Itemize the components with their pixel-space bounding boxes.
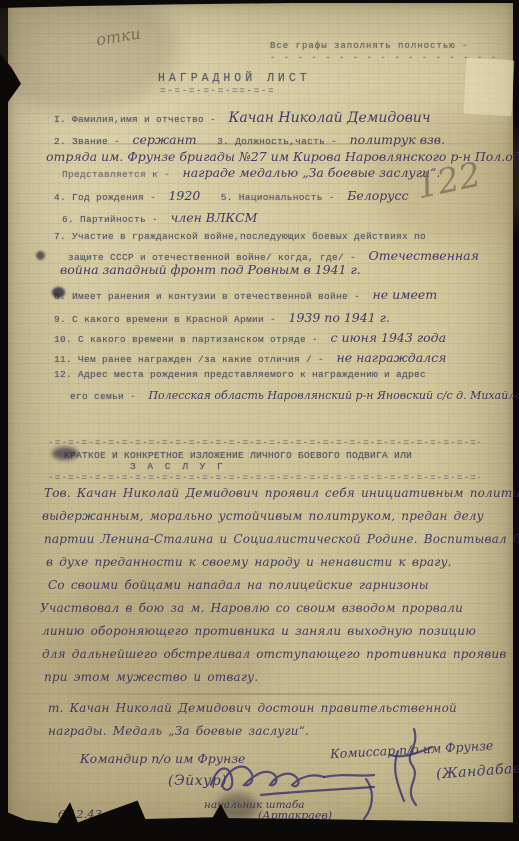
feat-body-line: награды. Медаль „За боевые заслуги“. <box>48 724 309 738</box>
commissar-name: (Жандабаев) <box>436 760 519 783</box>
ink-mark <box>36 251 45 260</box>
fill-instruction: Все графы заполнять полностью - <box>270 41 468 51</box>
scan-background: отки Все графы заполнять полностью - - -… <box>0 0 519 841</box>
field-address-line-2: его семьи - Полесская область Наровлянск… <box>70 386 519 404</box>
feat-body-line: линию обороняющего противника и заняли в… <box>42 624 476 638</box>
fold-crease <box>8 693 513 695</box>
feat-body-line: выдержанным, морально устойчивым политру… <box>42 509 484 523</box>
field-name-label: I. Фамилия,имя и отчество - <box>54 114 216 125</box>
field-nationality-label: 5. Национальность - <box>221 192 335 203</box>
feat-body-line: партии Ленина-Сталина и Социалистической… <box>44 532 519 546</box>
field-rank-label: 2. Звание - <box>54 136 120 147</box>
field-birthyear-value: 1920 <box>168 188 200 203</box>
section-separator-bottom: -=-=-=-=-=-=-=-=-=-=-=-=-=-=-=-=-=-=-=-=… <box>48 472 480 483</box>
document-paper: отки Все графы заполнять полностью - - -… <box>8 3 513 831</box>
feat-body-line: для дальнейшего обстреливал отступающего… <box>42 647 507 661</box>
field-address-value: Полесская область Наровлянский р-н Яновс… <box>148 389 519 402</box>
feat-body-line: т. Качан Николай Демидович достоин прави… <box>48 701 457 715</box>
field-birth-nationality-line: 4. Год рождения - 1920 5. Национальность… <box>54 187 409 205</box>
field-prev-awards-label: 11. Чем ранее награжден /за какие отличи… <box>54 354 324 365</box>
field-party-label: 6. Партийность - <box>62 214 158 225</box>
field-partisan-value: с июня 1943 года <box>331 330 447 345</box>
ink-blot <box>52 447 78 460</box>
field-address-label-2: его семьи - <box>70 391 136 402</box>
field-rank-position-line: 2. Звание - сержант 3. Должность,часть -… <box>54 131 445 149</box>
document-title: НАГРАДНОЙ ЛИСТ <box>158 72 311 85</box>
feat-body-line: Со своими бойцами нападал на полицейские… <box>48 578 429 592</box>
field-warservice-value-1: Отечественная <box>369 248 479 263</box>
field-presented-line: Представляется к - награде медалью „За б… <box>62 164 440 182</box>
field-wounds-line: 8. Имеет ранения и контузии в отечествен… <box>54 286 437 304</box>
field-name-line: I. Фамилия,имя и отчество - Качан Никола… <box>54 109 431 127</box>
feat-body-line: в духе преданности к своему народу и нен… <box>46 555 452 569</box>
feat-body-line: Участвовал в бою за м. Наровлю со своим … <box>40 601 463 615</box>
field-partisan-line: 10. С какого времени в партизанском отря… <box>54 329 446 347</box>
field-party-line: 6. Партийность - член ВЛКСМ <box>62 209 257 227</box>
field-rank-value: сержант <box>132 132 196 147</box>
tape-patch <box>464 58 515 116</box>
field-birthyear-label: 4. Год рождения - <box>54 192 156 203</box>
field-address-label-1: 12. Адрес места рождения представляемого… <box>54 369 426 380</box>
field-presented-value: награде медалью „За боевые заслуги“. <box>182 165 440 180</box>
field-position-value: политрук взв. <box>350 132 445 147</box>
pencil-note: отки <box>95 24 142 50</box>
field-party-value: член ВЛКСМ <box>170 210 257 225</box>
field-name-value: Качан Николай Демидович <box>228 110 430 126</box>
field-nationality-value: Белорусс <box>347 188 408 203</box>
field-redarmy-value: 1939 по 1941 г. <box>289 310 390 325</box>
field-prev-awards-value: не награждался <box>337 350 447 365</box>
field-warservice-value-2: война западный фронт под Ровным в 1941 г… <box>60 262 361 277</box>
feat-section-header-1: КРАТКОЕ И КОНКРЕТНОЕ ИЗЛОЖЕНИЕ ЛИЧНОГО Б… <box>64 450 412 461</box>
field-wounds-value: не имеет <box>373 287 438 302</box>
age-stain <box>0 0 178 113</box>
field-partisan-label: 10. С какого времени в партизанском отря… <box>54 334 318 345</box>
field-wounds-label: 8. Имеет ранения и контузии в отечествен… <box>54 291 360 302</box>
field-redarmy-label: 9. С какого времени в Красной Армии - <box>54 314 276 325</box>
field-warservice-label-1: 7. Участие в гражданской войне,последующ… <box>54 231 426 242</box>
feat-section-header-2: З А С Л У Г <box>130 461 226 472</box>
feat-body-line: Тов. Качан Николай Демидович проявил себ… <box>44 486 519 500</box>
field-presented-label: Представляется к - <box>62 169 170 180</box>
commissar-signature-scrawl <box>382 721 438 809</box>
document-title-underline: =-=-=-=-=-==-=-= <box>160 85 275 96</box>
field-redarmy-line: 9. С какого времени в Красной Армии - 19… <box>54 309 390 327</box>
ink-blot <box>52 287 65 298</box>
feat-body-line: при этом мужество и отвагу. <box>44 670 258 684</box>
fill-instruction-underline: - - - - - - - - - - - - - - - - - <box>270 53 498 63</box>
section-separator-top: -=-=-=-=-=-=-=-=-=-=-=-=-=-=-=-=-=-=-=-=… <box>48 437 480 448</box>
field-position-label: 3. Должность,часть - <box>217 136 337 147</box>
field-prev-awards-line: 11. Чем ранее награжден /за какие отличи… <box>54 349 446 367</box>
